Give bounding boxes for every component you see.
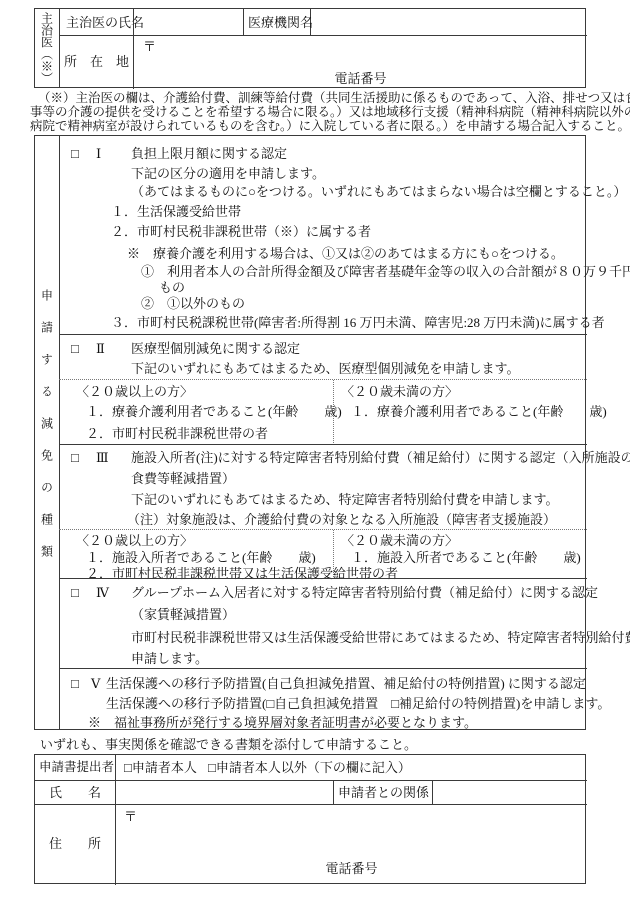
section4-title-line1: グループホーム入居者に対する特定障害者特別給付費（補足給付）に関する認定 (131, 585, 598, 600)
section1-title: 負担上限月額に関する認定 (131, 146, 287, 161)
section4-checkbox[interactable]: □ (71, 585, 79, 600)
section3-right-item1: １．施設入所者であること(年齢 歳) (351, 550, 581, 565)
section1-checkbox[interactable]: □ (71, 146, 79, 161)
exemption-side-label-text: 申請する減免の種類 (39, 289, 56, 577)
section1-note: ※ 療養介護を利用する場合は、①又は②のあてはまる方にも○をつける。 (127, 246, 564, 261)
doctor-phone-label: 電話番号 (134, 68, 587, 87)
section1-sub2[interactable]: ② ①以外のもの (141, 296, 245, 311)
section1-item1[interactable]: １．生活保護受給世帯 (111, 204, 241, 219)
section4-numeral: Ⅳ (96, 585, 109, 600)
section3-numeral: Ⅲ (96, 450, 109, 465)
submitter-table: 申請書提出者 □申請者本人 □申請者本人以外（下の欄に記入） 氏 名 申請者との… (34, 754, 586, 884)
section3-line1: 下記のいずれにもあてはまるため、特定障害者特別給付費を申請します。 (131, 492, 558, 507)
submitter-option-self[interactable]: □申請者本人 (124, 760, 197, 775)
section3-left-header: 〈２０歳以上の方〉 (76, 533, 193, 548)
submitter-row-label-cell: 申請書提出者 (35, 755, 116, 781)
footer-note: いずれも、事実関係を確認できる書類を添付して申請すること。 (40, 737, 417, 752)
doctor-address-label: 所 在 地 (64, 54, 129, 69)
section3-checkbox[interactable]: □ (71, 450, 79, 465)
doctor-side-label-text: 主治医（※） (39, 12, 56, 84)
submitter-address-label-cell: 住 所 (35, 805, 116, 885)
section3-age-subbox: 〈２０歳以上の方〉 １．施設入所者であること(年齢 歳) ２．市町村民税非課税世… (59, 529, 587, 579)
medical-org-field[interactable] (311, 9, 587, 36)
section2-checkbox[interactable]: □ (71, 341, 79, 356)
doctor-note-line1: （※）主治医の欄は、介護給付費、訓練等給付費（共同生活援助に係るものであって、入… (38, 91, 630, 105)
section1-sub1-line1[interactable]: ① 利用者本人の合計所得金額及び障害者基礎年金等の収入の合計額が８０万９千円以下… (141, 264, 630, 279)
doctor-note: （※）主治医の欄は、介護給付費、訓練等給付費（共同生活援助に係るものであって、入… (30, 91, 626, 135)
doctor-address-field[interactable]: 〒 電話番号 (134, 36, 587, 89)
section3-left-item1: １．施設入所者であること(年齢 歳) (86, 550, 316, 565)
section1-item2[interactable]: ２．市町村民税非課税世帯（※）に属する者 (111, 224, 371, 239)
submitter-name-field[interactable] (116, 781, 334, 805)
medical-org-label: 医療機関名 (248, 15, 313, 30)
relation-label: 申請者との関係 (338, 785, 429, 800)
relation-field[interactable] (433, 781, 587, 805)
submitter-option-other[interactable]: □申請者本人以外（下の欄に記入） (208, 760, 411, 775)
section4-title-line2: （家賃軽減措置） (131, 607, 235, 622)
submitter-phone-label: 電話番号 (116, 858, 587, 877)
section-2: □ Ⅱ 医療型個別減免に関する認定 下記のいずれにもあてはまるため、医療型個別減… (59, 334, 587, 444)
section3-right-header: 〈２０歳未満の方〉 (341, 533, 458, 548)
submitter-name-label: 氏 名 (49, 785, 101, 800)
submitter-address-field[interactable]: 〒 電話番号 (116, 805, 587, 885)
section2-left-item1: １．療養介護利用者であること(年齢 歳) (86, 404, 342, 419)
section3-title-line1: 施設入所者(注)に対する特定障害者特別給付費（補足給付）に関する認定（入所施設の (131, 450, 630, 465)
submitter-options-cell: □申請者本人 □申請者本人以外（下の欄に記入） (116, 755, 587, 781)
section2-numeral: Ⅱ (96, 341, 105, 356)
doctor-name-label-cell: 主治医の氏名 (59, 9, 134, 36)
section1-line1: 下記の区分の適用を申請します。 (131, 166, 325, 181)
exemption-table: 申請する減免の種類 □ Ⅰ 負担上限月額に関する認定 下記の区分の適用を申請しま… (34, 135, 586, 730)
section1-sub1-line2: もの (159, 280, 185, 295)
doctor-name-label: 主治医の氏名 (66, 15, 144, 30)
doctor-note-line3: 病院で精神病室が設けられているものを含む。）に入院している者に限る。）を申請する… (30, 119, 630, 133)
exemption-side-label: 申請する減免の種類 (35, 136, 60, 729)
section2-left-header: 〈２０歳以上の方〉 (76, 384, 193, 399)
section5-checkbox[interactable]: □ (71, 676, 79, 691)
section5-note: ※ 福祉事務所が発行する境界層対象者証明書が必要となります。 (88, 715, 477, 730)
medical-org-label-cell: 医療機関名 (244, 9, 311, 36)
section2-right-header: 〈２０歳未満の方〉 (341, 384, 458, 399)
section1-item3[interactable]: ３．市町村民税課税世帯(障害者:所得割 16 万円未満、障害児:28 万円未満)… (111, 315, 605, 330)
relation-label-cell: 申請者との関係 (334, 781, 433, 805)
section-5: □ Ⅴ 生活保護への移行予防措置(自己負担減免措置、補足給付の特例措置) に関す… (59, 668, 587, 731)
doctor-name-field[interactable] (134, 9, 244, 36)
section2-age-subbox: 〈２０歳以上の方〉 １．療養介護利用者であること(年齢 歳) ２．市町村民税非課… (59, 379, 587, 445)
postal-mark-icon: 〒 (143, 39, 156, 54)
section2-right-item1: １．療養介護利用者であること(年齢 歳) (351, 404, 607, 419)
section2-left-item2: ２．市町村民税非課税世帯の者 (86, 426, 268, 441)
submitter-postal-mark-icon: 〒 (124, 809, 137, 824)
section5-title: 生活保護への移行予防措置(自己負担減免措置、補足給付の特例措置) に関する認定 (106, 676, 586, 691)
submitter-name-label-cell: 氏 名 (35, 781, 116, 805)
doctor-note-line2: 事等の介護の提供を受けることを希望する場合に限る。）又は地域移行支援（精神科病院… (30, 105, 630, 119)
section2-title: 医療型個別減免に関する認定 (131, 341, 300, 356)
doctor-table: 主治医（※） 主治医の氏名 医療機関名 所 在 地 〒 電話番号 (34, 8, 586, 88)
doctor-address-label-cell: 所 在 地 (59, 36, 134, 89)
section5-line1: 生活保護への移行予防措置(□自己負担減免措置 □補足給付の特例措置)を申請します… (106, 696, 610, 711)
section3-line2: （注）対象施設は、介護給付費の対象となる入所施設（障害者支援施設） (127, 512, 556, 527)
doctor-side-label: 主治医（※） (35, 9, 60, 87)
section1-line2: （あてはまるものに○をつける。いずれにもあてはまらない場合は空欄とすること。） (131, 184, 626, 199)
section-1: □ Ⅰ 負担上限月額に関する認定 下記の区分の適用を申請します。 （あてはまるも… (59, 136, 587, 334)
section5-numeral: Ⅴ (91, 676, 100, 691)
section-3: □ Ⅲ 施設入所者(注)に対する特定障害者特別給付費（補足給付）に関する認定（入… (59, 444, 587, 578)
section3-title-line2: 食費等軽減措置） (131, 471, 235, 486)
section4-line1: 市町村民税非課税世帯又は生活保護受給世帯にあてはまるため、特定障害者特別給付費を (131, 630, 630, 645)
section4-line2: 申請します。 (131, 651, 208, 666)
section1-numeral: Ⅰ (96, 146, 101, 161)
section-4: □ Ⅳ グループホーム入居者に対する特定障害者特別給付費（補足給付）に関する認定… (59, 578, 587, 668)
submitter-address-label: 住 所 (49, 836, 101, 851)
application-form-page: 主治医（※） 主治医の氏名 医療機関名 所 在 地 〒 電話番号 （※）主治医の… (0, 0, 630, 903)
submitter-row-label: 申請書提出者 (39, 760, 114, 775)
section2-line1: 下記のいずれにもあてはまるため、医療型個別減免を申請します。 (131, 361, 519, 376)
